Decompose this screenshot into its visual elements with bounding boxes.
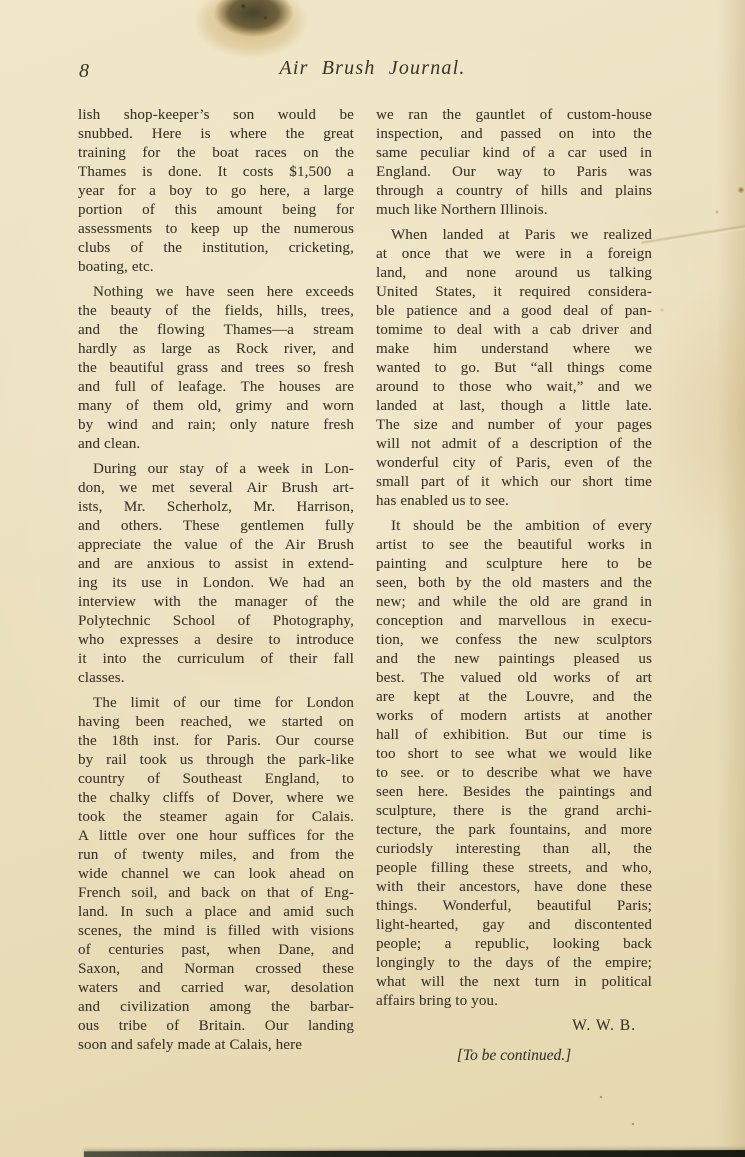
text-line: appreciate the value of the Air Brush bbox=[78, 536, 354, 555]
text-line: light-hearted, gay and discontented bbox=[376, 916, 652, 935]
text-line: at once that we were in a foreign bbox=[376, 245, 652, 264]
text-line: ous tribe of Britain. Our landing bbox=[78, 1017, 354, 1036]
text-line: French soil, and back on that of Eng- bbox=[78, 884, 354, 903]
text-line: ing its use in London. We had an bbox=[78, 574, 354, 593]
journal-title: Air Brush Journal. bbox=[0, 57, 745, 80]
text-line: sculpture, there is the grand archi- bbox=[376, 802, 652, 821]
text-line: and the new paintings pleased us bbox=[376, 650, 652, 669]
text-line: and are anxious to assist in extend- bbox=[78, 555, 354, 574]
text-line: lish shop-keeper’s son would be bbox=[78, 106, 354, 125]
text-line: tomime to deal with a cab driver and bbox=[376, 321, 652, 340]
paragraph: When landed at Paris we realizedat once … bbox=[376, 226, 652, 511]
paragraph: lish shop-keeper’s son would besnubbed. … bbox=[78, 106, 354, 277]
text-line: and full of leafage. The houses are bbox=[78, 378, 354, 397]
text-line: During our stay of a week in Lon- bbox=[78, 460, 354, 479]
text-line: landed at last, though a little late. bbox=[376, 397, 652, 416]
text-line: much like Northern Illinois. bbox=[376, 201, 652, 220]
text-line: waters and carried war, desolation bbox=[78, 979, 354, 998]
text-line: wonderful city of Paris, even of the bbox=[376, 454, 652, 473]
text-line: England. Our way to Paris was bbox=[376, 163, 652, 182]
text-line: people filling these streets, and who, bbox=[376, 859, 652, 878]
paragraph: The limit of our time for Londonhaving b… bbox=[78, 694, 354, 1055]
paper-crease bbox=[641, 222, 745, 246]
text-line: The size and number of your pages bbox=[376, 416, 652, 435]
text-line: interview with the manager of the bbox=[78, 593, 354, 612]
text-line: tecture, the park fountains, and more bbox=[376, 821, 652, 840]
text-line: wanted to go. But “all things come bbox=[376, 359, 652, 378]
text-line: through a country of hills and plains bbox=[376, 182, 652, 201]
paragraph: we ran the gauntlet of custom-houseinspe… bbox=[376, 106, 652, 220]
text-line: soon and safely made at Calais, here bbox=[78, 1036, 354, 1055]
text-line: scenes, the mind is filled with visions bbox=[78, 922, 354, 941]
text-line: of centuries past, when Dane, and bbox=[78, 941, 354, 960]
text-line: it into the curriculum of their fall bbox=[78, 650, 354, 669]
text-line: the beautiful grass and trees so fresh bbox=[78, 359, 354, 378]
text-line: around to those who wait,” and we bbox=[376, 378, 652, 397]
text-line: don, we met several Air Brush art- bbox=[78, 479, 354, 498]
text-line: and civilization among the barbar- bbox=[78, 998, 354, 1017]
text-line: tion, we confess the new sculptors bbox=[376, 631, 652, 650]
text-line: with their ancestors, have done these bbox=[376, 878, 652, 897]
text-line: by wind and rain; only nature fresh bbox=[78, 416, 354, 435]
text-line: the chalky cliffs of Dover, where we bbox=[78, 789, 354, 808]
text-line: and the flowing Thames—a stream bbox=[78, 321, 354, 340]
text-line: longingly to the days of the empire; bbox=[376, 954, 652, 973]
text-line: new; and while the old are grand in bbox=[376, 593, 652, 612]
text-line: small part of it which our short time bbox=[376, 473, 652, 492]
text-line: clubs of the institution, cricketing, bbox=[78, 239, 354, 258]
text-line: portion of this amount being for bbox=[78, 201, 354, 220]
text-line: make him understand where we bbox=[376, 340, 652, 359]
text-line: boating, etc. bbox=[78, 258, 354, 277]
continued-note: [To be continued.] bbox=[376, 1046, 652, 1065]
text-line: hardly as large as Rock river, and bbox=[78, 340, 354, 359]
right-column: we ran the gauntlet of custom-houseinspe… bbox=[376, 106, 652, 1065]
text-line: and others. These gentlemen fully bbox=[78, 517, 354, 536]
text-line: many of them old, grimy and worn bbox=[78, 397, 354, 416]
text-line: A little over one hour suffices for the bbox=[78, 827, 354, 846]
text-line: are kept at the Louvre, and the bbox=[376, 688, 652, 707]
text-line: It should be the ambition of every bbox=[376, 517, 652, 536]
text-line: The limit of our time for London bbox=[78, 694, 354, 713]
paragraph: It should be the ambition of everyartist… bbox=[376, 517, 652, 1011]
text-line: we ran the gauntlet of custom-house bbox=[376, 106, 652, 125]
article-body: lish shop-keeper’s son would besnubbed. … bbox=[78, 106, 652, 1065]
text-line: things. Wonderful, beautiful Paris; bbox=[376, 897, 652, 916]
text-line: year for a boy to go here, a large bbox=[78, 182, 354, 201]
left-column-text: lish shop-keeper’s son would besnubbed. … bbox=[78, 106, 354, 1055]
text-line: conception and marvellous in execu- bbox=[376, 612, 652, 631]
text-line: what will the next turn in political bbox=[376, 973, 652, 992]
text-line: the beauty of the fields, hills, trees, bbox=[78, 302, 354, 321]
journal-page-scan: 8 Air Brush Journal. lish shop-keeper’s … bbox=[0, 0, 745, 1157]
text-line: too short to see what we would like bbox=[376, 745, 652, 764]
text-line: seen here. Besides the paintings and bbox=[376, 783, 652, 802]
text-line: assessments to keep up the numerous bbox=[78, 220, 354, 239]
text-line: best. The valued old works of art bbox=[376, 669, 652, 688]
text-line: took the steamer again for Calais. bbox=[78, 808, 354, 827]
text-line: Polytechnic School of Photography, bbox=[78, 612, 354, 631]
running-header: 8 Air Brush Journal. bbox=[0, 57, 745, 89]
text-line: country of Southeast England, to bbox=[78, 770, 354, 789]
text-line: to see. or to describe what we have bbox=[376, 764, 652, 783]
text-line: having been reached, we started on bbox=[78, 713, 354, 732]
text-line: hall of exhibition. But our time is bbox=[376, 726, 652, 745]
text-line: artist to see the beautiful works in bbox=[376, 536, 652, 555]
text-line: classes. bbox=[78, 669, 354, 688]
text-line: land. In such a place and amid such bbox=[78, 903, 354, 922]
text-line: painting and sculpture here to be bbox=[376, 555, 652, 574]
text-line: snubbed. Here is where the great bbox=[78, 125, 354, 144]
text-line: works of modern artists at another bbox=[376, 707, 652, 726]
page-number: 8 bbox=[79, 60, 89, 83]
text-line: by rail took us through the park-like bbox=[78, 751, 354, 770]
paragraph: Nothing we have seen here exceedsthe bea… bbox=[78, 283, 354, 454]
text-line: curiodsly interesting than all, the bbox=[376, 840, 652, 859]
text-line: When landed at Paris we realized bbox=[376, 226, 652, 245]
text-line: run of twenty miles, and from the bbox=[78, 846, 354, 865]
text-line: ists, Mr. Scherholz, Mr. Harrison, bbox=[78, 498, 354, 517]
text-line: inspection, and passed on into the bbox=[376, 125, 652, 144]
text-line: affairs bring to you. bbox=[376, 992, 652, 1011]
text-line: and clean. bbox=[78, 435, 354, 454]
text-line: seen, both by the old masters and the bbox=[376, 574, 652, 593]
text-line: same peculiar kind of a car used in bbox=[376, 144, 652, 163]
text-line: land, and none around us talking bbox=[376, 264, 652, 283]
paragraph: During our stay of a week in Lon-don, we… bbox=[78, 460, 354, 688]
text-line: training for the boat races on the bbox=[78, 144, 354, 163]
right-column-text: we ran the gauntlet of custom-houseinspe… bbox=[376, 106, 652, 1011]
text-line: will not admit of a description of the bbox=[376, 435, 652, 454]
left-column: lish shop-keeper’s son would besnubbed. … bbox=[78, 106, 354, 1065]
text-line: United States, it required considera- bbox=[376, 283, 652, 302]
text-line: wide channel we can look ahead on bbox=[78, 865, 354, 884]
text-line: Thames is done. It costs $1,500 a bbox=[78, 163, 354, 182]
text-line: Saxon, and Norman crossed these bbox=[78, 960, 354, 979]
text-line: ble patience and a good deal of pan- bbox=[376, 302, 652, 321]
text-line: people; a republic, looking back bbox=[376, 935, 652, 954]
text-line: the 18th inst. for Paris. Our course bbox=[78, 732, 354, 751]
author-signature: W. W. B. bbox=[376, 1016, 652, 1035]
text-line: who expresses a desire to introduce bbox=[78, 631, 354, 650]
text-line: Nothing we have seen here exceeds bbox=[78, 283, 354, 302]
scan-edge-shadow bbox=[84, 1150, 745, 1157]
text-line: has enabled us to see. bbox=[376, 492, 652, 511]
